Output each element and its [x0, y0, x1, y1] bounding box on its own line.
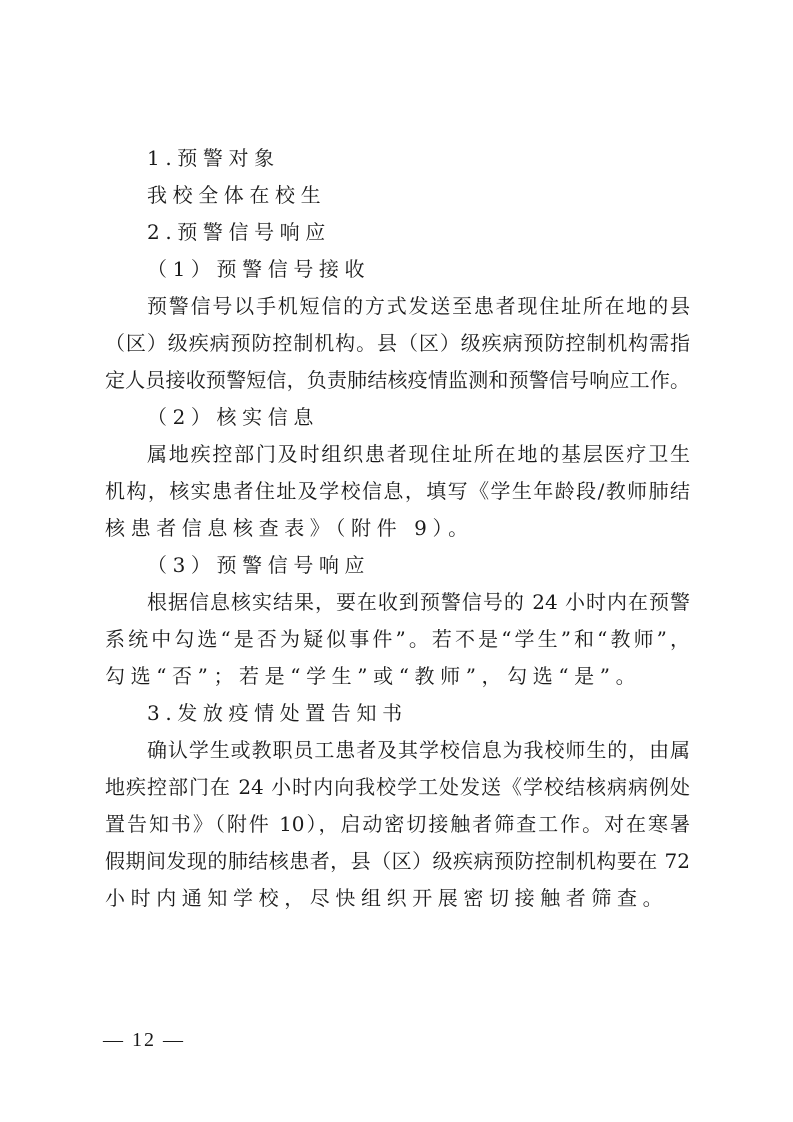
subheading-signal-response: （3）预警信号响应: [105, 547, 690, 584]
page-number: — 12 —: [103, 1026, 185, 1054]
paragraph-line: 机构，核实患者住址及学校信息，填写《学生年龄段/教师肺结: [105, 473, 690, 510]
paragraph-line: 置告知书》（附件 10），启动密切接触者筛查工作。对在寒暑: [105, 806, 690, 843]
heading-warning-response: 2.预警信号响应: [105, 214, 690, 251]
paragraph-line: 勾选“否”；若是“学生”或“教师”，勾选“是”。: [105, 658, 690, 695]
paragraph-line: 小时内通知学校，尽快组织开展密切接触者筛查。: [105, 880, 690, 917]
document-page: 1.预警对象 我校全体在校生 2.预警信号响应 （1）预警信号接收 预警信号以手…: [0, 0, 793, 1122]
subheading-signal-receive: （1）预警信号接收: [105, 251, 690, 288]
paragraph-line: 核患者信息核查表》（附件 9）。: [105, 510, 690, 547]
paragraph-line: 根据信息核实结果，要在收到预警信号的 24 小时内在预警: [105, 584, 690, 621]
paragraph-line: 确认学生或教职员工患者及其学校信息为我校师生的，由属: [105, 732, 690, 769]
paragraph-line: （区）级疾病预防控制机构。县（区）级疾病预防控制机构需指: [105, 325, 690, 362]
paragraph-line: 地疾控部门在 24 小时内向我校学工处发送《学校结核病病例处: [105, 769, 690, 806]
paragraph-line: 系统中勾选“是否为疑似事件”。若不是“学生”和“教师”，: [105, 621, 690, 658]
document-body: 1.预警对象 我校全体在校生 2.预警信号响应 （1）预警信号接收 预警信号以手…: [105, 140, 690, 917]
paragraph-line: 属地疾控部门及时组织患者现住址所在地的基层医疗卫生: [105, 436, 690, 473]
paragraph-line: 预警信号以手机短信的方式发送至患者现住址所在地的县: [105, 288, 690, 325]
subheading-verify-info: （2）核实信息: [105, 399, 690, 436]
paragraph-line: 我校全体在校生: [105, 177, 690, 214]
heading-warning-target: 1.预警对象: [105, 140, 690, 177]
heading-issue-notice: 3.发放疫情处置告知书: [105, 695, 690, 732]
paragraph-line: 定人员接收预警短信，负责肺结核疫情监测和预警信号响应工作。: [105, 362, 690, 399]
paragraph-line: 假期间发现的肺结核患者，县（区）级疾病预防控制机构要在 72: [105, 843, 690, 880]
